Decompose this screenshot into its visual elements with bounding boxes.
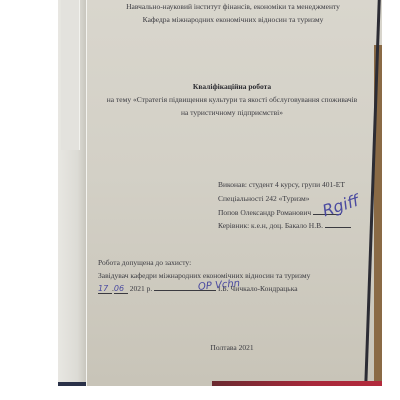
institute-name: Навчально-науковий інститут фінансів, ек… xyxy=(86,2,370,11)
author-line-1: Виконав: студент 4 курсу, групи 401-ЕТ xyxy=(218,180,345,189)
department-name: Кафедра міжнародних економічних відносин… xyxy=(86,15,370,24)
approval-day: 17 xyxy=(98,284,112,294)
topic-line-2: на туристичному підприємстві» xyxy=(86,108,370,117)
document-title: Кваліфікаційна робота xyxy=(86,82,370,91)
author-line-2: Спеціальності 242 «Туризм» xyxy=(218,194,309,203)
student-name: Попов Олександр Романович xyxy=(218,208,311,217)
title-page: Навчально-науковий інститут фінансів, ек… xyxy=(86,0,370,386)
author-line-4: Керівник: к.е.н, доц. Бакало Н.В. xyxy=(218,221,351,230)
supervisor-signature-line xyxy=(325,227,351,228)
approval-month: 06 xyxy=(114,284,128,294)
topic-line-1: на тему «Стратегія підвищення культури т… xyxy=(86,95,370,104)
approval-year: 2021 р. xyxy=(130,284,153,293)
left-bottom-edge xyxy=(58,382,86,386)
document-photo: Навчально-науковий інститут фінансів, ек… xyxy=(58,0,382,386)
left-paper-strip xyxy=(58,0,87,386)
approval-line-2: Завідувач кафедри міжнародних економічни… xyxy=(98,271,310,280)
left-paper-inner xyxy=(61,0,80,150)
supervisor: Керівник: к.е.н, доц. Бакало Н.В. xyxy=(218,221,323,230)
approval-line-1: Робота допущена до захисту: xyxy=(98,258,191,267)
city-year: Полтава 2021 xyxy=(86,343,370,352)
